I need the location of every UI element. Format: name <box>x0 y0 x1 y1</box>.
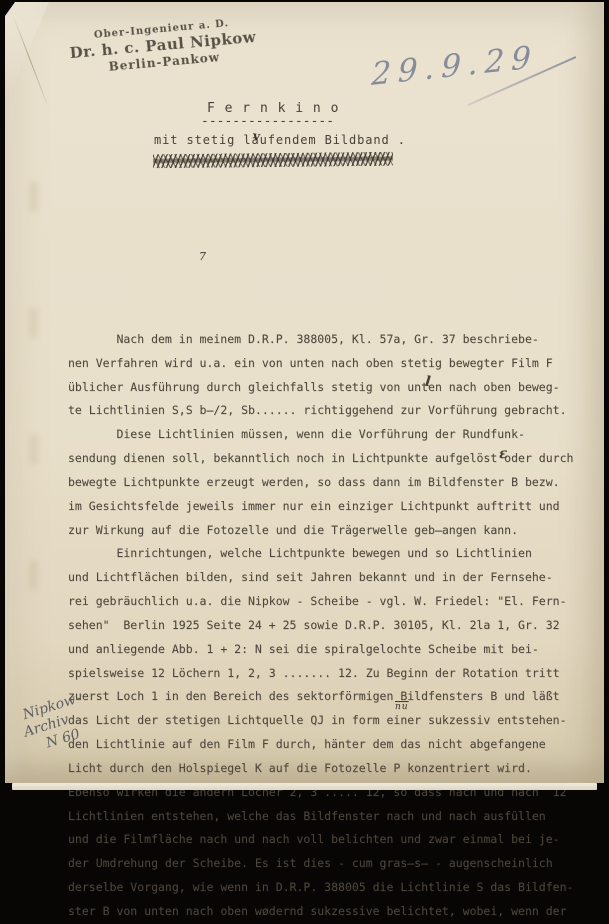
corner-clip <box>5 2 15 16</box>
handwritten-correction: nu <box>395 696 409 720</box>
owner-stamp: Ober-Ingenieur a. D. Dr. h. c. Paul Nipk… <box>61 15 264 77</box>
page-bottom-edge <box>12 783 597 790</box>
typed-line: im Gesichtsfelde jeweils immer nur ein e… <box>68 495 583 519</box>
document-page: Ober-Ingenieur a. D. Dr. h. c. Paul Nipk… <box>5 2 604 783</box>
handwritten-correction: ε <box>498 443 509 468</box>
typed-line: bewegte Lichtpunkte erzeugt werden, so d… <box>68 471 583 495</box>
title-underline: ----------------- <box>201 114 334 129</box>
typed-line: das Licht der stetigen Lichtquelle QJ in… <box>68 709 583 733</box>
typed-line: und anliegende Abb. 1 + 2: N sei die spi… <box>68 638 583 662</box>
typed-line: te Lichtlinien S,S b̶/2, Sb...... richti… <box>68 399 583 423</box>
struck-out-line <box>153 152 393 169</box>
margin-ghost-mark <box>29 308 38 338</box>
document-subtitle: mit stetig laufendem Bildband . <box>154 133 406 147</box>
margin-ghost-mark <box>29 560 38 590</box>
typed-line: zur Wirkung auf die Fotozelle und die Tr… <box>68 519 583 543</box>
handwritten-correction: 7 <box>199 245 206 269</box>
typed-line: Einrichtungen, welche Lichtpunkte bewege… <box>68 542 583 566</box>
typed-line: nen Verfahren wird u.a. ein von unten na… <box>68 352 583 376</box>
typed-line: und Lichtflächen bilden, sind seit Jahre… <box>68 566 583 590</box>
typed-line: Nach dem in meinem D.R.P. 388005, Kl. 57… <box>68 328 583 352</box>
margin-ghost-mark <box>29 434 38 464</box>
typed-line: rei gebräuchlich u.a. die Nipkow - Schei… <box>68 590 583 614</box>
typed-line: spielsweise 12 Löchern 1, 2, 3 ....... 1… <box>68 662 583 686</box>
typed-line: Licht durch den Holspiegel K auf die Fot… <box>68 757 583 781</box>
margin-ghost-mark <box>29 182 38 212</box>
typed-line: sehen" Berlin 1925 Seite 24 + 25 sowie D… <box>68 614 583 638</box>
typed-line: zuerst Loch 1 in den Bereich des sektorf… <box>68 685 583 709</box>
typed-body-text: 7 l ε nu Nach dem in meinem D.R.P. 38800… <box>68 185 583 800</box>
typed-line: üblicher Ausführung durch gleichfalls st… <box>68 376 583 400</box>
typed-line: den Lichtlinie auf den Film F durch, hän… <box>68 733 583 757</box>
